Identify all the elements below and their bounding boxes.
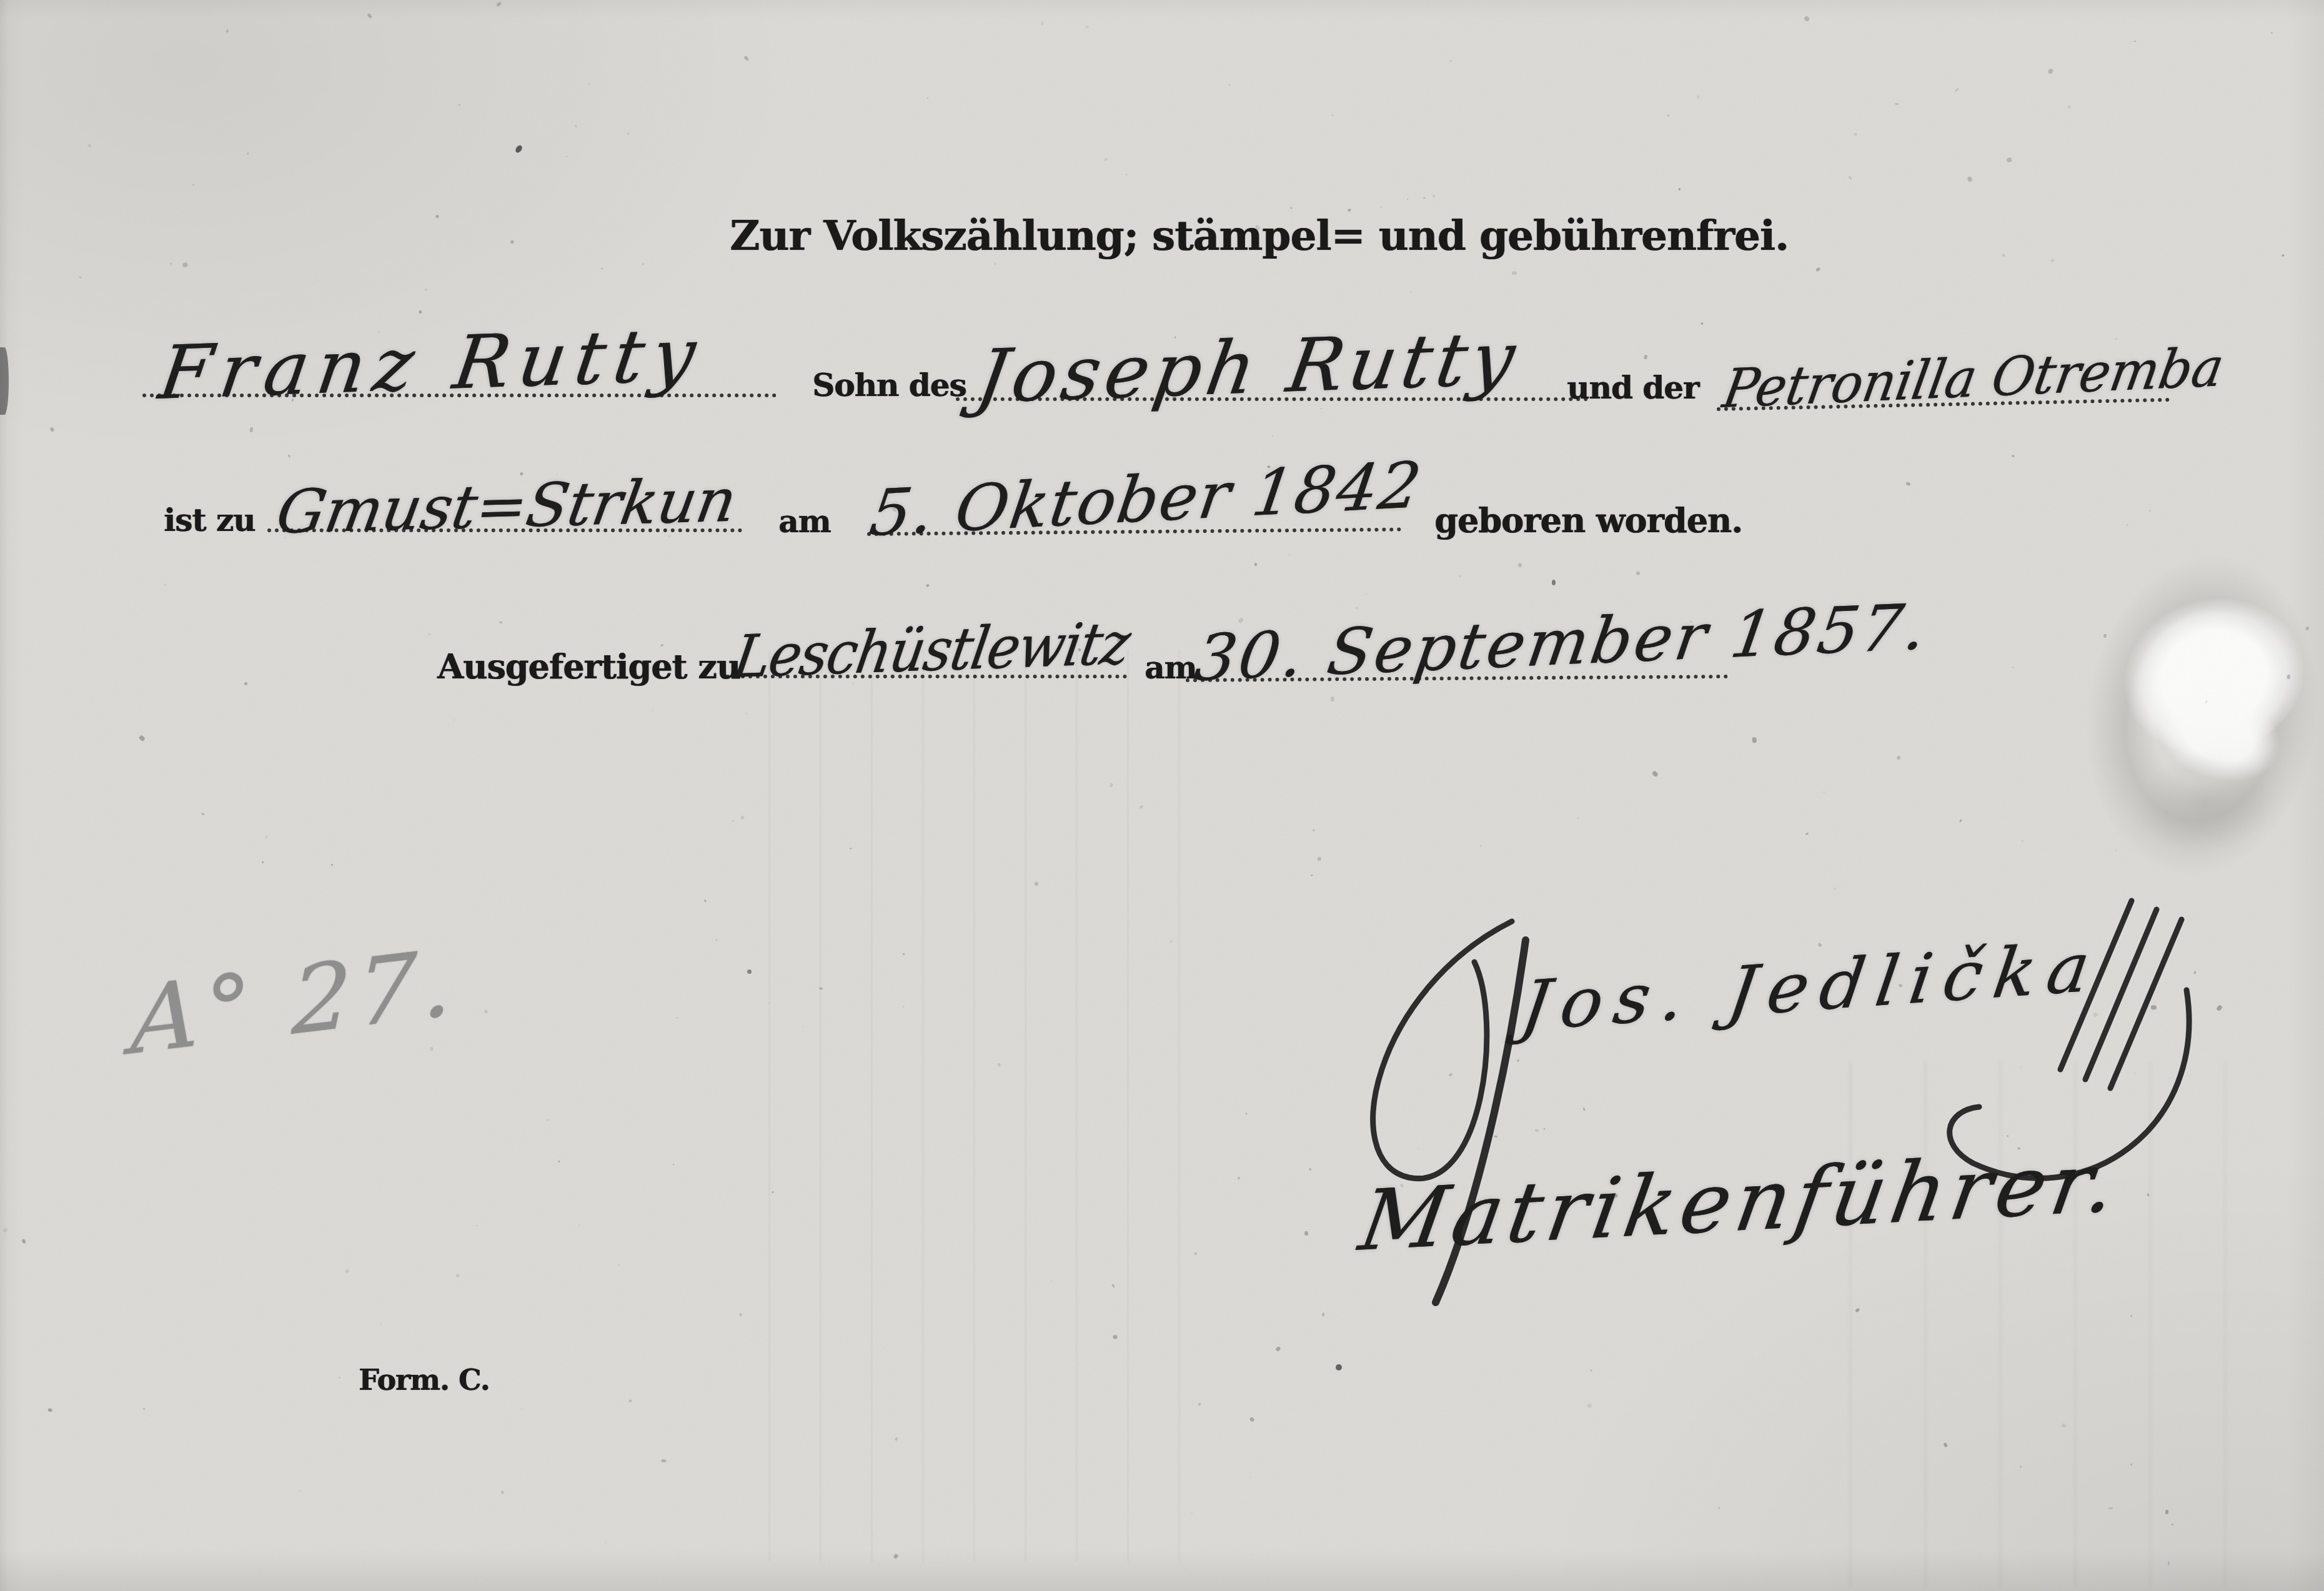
dust-speck — [628, 1399, 632, 1403]
dust-speck — [142, 1408, 145, 1410]
dust-speck — [1644, 355, 1647, 360]
dust-speck — [1494, 1135, 1497, 1137]
dust-speck — [1289, 555, 1290, 555]
dust-speck — [1667, 115, 1669, 117]
dust-speck — [489, 2, 490, 3]
dust-speck — [716, 939, 717, 941]
ink-fleck — [514, 144, 524, 154]
issue-date-entry: 30. September 1857. — [1191, 595, 1932, 691]
dust-speck — [1449, 1073, 1453, 1077]
dust-speck — [1636, 571, 1640, 575]
dust-speck — [2134, 41, 2136, 42]
dust-speck — [1356, 607, 1359, 610]
issue-place-entry: Leschüstlewitz — [730, 615, 1133, 687]
dust-speck — [1805, 832, 1809, 835]
dust-speck — [1418, 1149, 1419, 1150]
dust-speck — [424, 289, 427, 291]
child-name-entry: Franz Rutty — [155, 317, 708, 410]
dust-speck — [182, 262, 188, 267]
dust-speck — [1254, 563, 1258, 566]
dust-speck — [1512, 271, 1517, 275]
dust-speck — [1309, 1168, 1311, 1171]
dust-speck — [299, 1490, 302, 1492]
dust-speck — [499, 621, 503, 624]
dust-speck — [459, 104, 460, 106]
father-name-entry: Joseph Rutty — [972, 321, 1524, 414]
dust-speck — [1752, 737, 1757, 743]
dust-speck — [2047, 68, 2053, 74]
dust-speck — [1897, 755, 1901, 760]
dust-speck — [1332, 115, 1334, 117]
dust-speck — [1380, 206, 1382, 208]
form-number-label: Form. C. — [359, 1365, 490, 1394]
dust-speck — [164, 583, 167, 587]
dust-speck — [476, 1225, 477, 1226]
dust-speck — [676, 1017, 678, 1018]
damage-white-core — [2107, 578, 2322, 775]
dust-speck — [1517, 563, 1522, 568]
dust-speck — [454, 720, 455, 721]
dust-speck — [1577, 817, 1579, 818]
dust-speck — [1304, 1231, 1309, 1236]
dust-speck — [1823, 791, 1825, 793]
dust-speck — [380, 1324, 382, 1326]
dust-speck — [743, 56, 749, 61]
dust-speck — [2149, 510, 2151, 512]
birth-place-entry: Gmust=Strkun — [272, 470, 740, 542]
dust-speck — [201, 813, 205, 816]
paper-chain-lines — [768, 650, 1206, 1562]
dust-speck — [1544, 1128, 1546, 1130]
dust-speck — [2205, 700, 2207, 703]
dust-speck — [1804, 16, 1810, 22]
dust-speck — [1237, 1176, 1241, 1180]
dust-speck — [627, 132, 630, 135]
dust-speck — [170, 262, 172, 265]
dust-speck — [2050, 259, 2054, 263]
dust-speck — [1317, 856, 1321, 861]
dust-speck — [339, 1377, 340, 1378]
dust-speck — [1967, 176, 1972, 182]
dust-speck — [139, 735, 146, 741]
signature-name: Jos. Jedlička — [1517, 932, 2105, 1041]
dust-speck — [88, 144, 91, 147]
dust-speck — [2151, 1005, 2157, 1009]
and-the-label: und der — [1567, 372, 1699, 404]
dust-speck — [2193, 971, 2197, 974]
dust-speck — [428, 633, 432, 635]
dust-speck — [1276, 1346, 1281, 1352]
on-label-row2: am — [778, 506, 830, 537]
dust-speck — [1587, 1403, 1592, 1408]
ink-fleck — [1552, 580, 1556, 585]
dust-speck — [1246, 1113, 1248, 1115]
dust-speck — [226, 29, 229, 34]
dust-speck — [1854, 133, 1857, 136]
dust-speck — [2007, 157, 2012, 162]
dust-speck — [579, 1224, 581, 1226]
dust-speck — [927, 97, 929, 99]
dust-speck — [496, 1, 502, 7]
dust-speck — [367, 13, 372, 19]
dust-speck — [1906, 482, 1911, 485]
dust-speck — [2115, 850, 2117, 851]
dust-speck — [2115, 337, 2118, 340]
dust-speck — [662, 1459, 667, 1463]
dust-speck — [386, 455, 387, 457]
dust-speck — [455, 1274, 460, 1277]
dust-speck — [2216, 1004, 2223, 1011]
dust-speck — [648, 70, 650, 71]
dust-speck — [1311, 875, 1313, 876]
dust-speck — [574, 124, 577, 127]
dust-speck — [2012, 455, 2015, 457]
dust-speck — [926, 583, 930, 587]
dust-speck — [520, 1409, 523, 1410]
dust-speck — [2287, 675, 2290, 680]
dust-speck — [484, 1009, 489, 1014]
dust-speck — [1085, 25, 1089, 29]
dust-speck — [2127, 523, 2129, 526]
born-at-label: ist zu — [164, 505, 255, 536]
dust-speck — [1331, 696, 1334, 701]
dust-speck — [1423, 197, 1426, 199]
dust-speck — [0, 0, 1, 1]
dust-speck — [2271, 32, 2272, 34]
dust-speck — [1678, 188, 1681, 191]
dust-speck — [1432, 194, 1436, 199]
dust-speck — [1249, 1417, 1254, 1422]
dust-speck — [1834, 887, 1837, 890]
dust-speck — [652, 710, 653, 711]
scanned-certificate-page: Zur Volkszählung; stämpel= und gebührenf… — [0, 0, 2324, 1591]
dust-speck — [1479, 845, 1482, 848]
dust-speck — [192, 183, 195, 186]
dust-speck — [601, 267, 603, 270]
dust-speck — [261, 861, 264, 864]
dust-speck — [740, 815, 745, 820]
dust-speck — [419, 310, 422, 314]
dust-speck — [1516, 1059, 1520, 1063]
dust-speck — [673, 1164, 674, 1166]
dust-speck — [828, 1567, 830, 1568]
dust-speck — [1321, 408, 1323, 409]
dust-speck — [588, 84, 590, 85]
damage-lower-shadow — [2118, 735, 2292, 870]
ink-fleck — [1336, 1364, 1342, 1370]
dust-speck — [510, 420, 511, 422]
issued-at-label: Ausgefertiget zu — [437, 650, 740, 683]
pencil-archive-number: A° 27. — [130, 936, 458, 1068]
dust-speck — [1290, 207, 1292, 210]
dust-speck — [1652, 770, 1659, 777]
dust-speck — [995, 263, 996, 265]
dust-speck — [2012, 667, 2014, 668]
dust-speck — [2068, 106, 2071, 109]
dust-speck — [1249, 1477, 1251, 1479]
dust-speck — [2166, 811, 2168, 812]
dust-speck — [1449, 60, 1452, 62]
dust-speck — [50, 427, 55, 432]
dust-speck — [605, 1541, 607, 1544]
dust-speck — [1322, 1312, 1324, 1316]
damage-ring-smudge — [2050, 521, 2324, 909]
dust-speck — [1535, 1129, 1539, 1133]
dust-speck — [1459, 575, 1462, 578]
dust-speck — [22, 1239, 27, 1244]
dust-speck — [618, 1264, 620, 1266]
dust-speck — [1895, 103, 1899, 106]
document-title: Zur Volkszählung; stämpel= und gebührenf… — [730, 215, 1789, 256]
dust-speck — [2002, 253, 2006, 257]
dust-speck — [331, 864, 334, 866]
mother-name-entry: Petronilla Otremba — [1719, 341, 2227, 416]
dust-speck — [547, 1119, 549, 1121]
dust-speck — [247, 153, 249, 155]
dust-speck — [500, 1490, 505, 1494]
dust-speck — [703, 900, 707, 903]
dust-speck — [430, 1047, 434, 1051]
born-suffix-label: geboren worden. — [1434, 503, 1742, 537]
ink-fleck — [747, 969, 752, 974]
dust-speck — [1582, 1108, 1586, 1111]
dust-speck — [1407, 199, 1409, 201]
dust-speck — [2022, 840, 2024, 842]
dust-speck — [1955, 87, 1959, 92]
dust-speck — [1040, 21, 1044, 26]
dust-speck — [1366, 593, 1367, 594]
dust-speck — [2282, 254, 2285, 257]
dust-speck — [642, 263, 645, 266]
dust-speck — [1272, 435, 1273, 436]
damage-white-lobe — [2146, 675, 2292, 797]
dust-speck — [1411, 291, 1412, 293]
dust-speck — [510, 240, 514, 244]
dust-speck — [732, 820, 735, 823]
dust-speck — [244, 682, 248, 686]
dust-speck — [79, 276, 82, 279]
dust-speck — [1125, 174, 1128, 176]
dust-speck — [1228, 84, 1230, 86]
dust-speck — [1959, 819, 1962, 823]
paper-edge-mark — [0, 347, 9, 415]
dust-speck — [558, 1161, 560, 1163]
dust-speck — [1590, 1369, 1593, 1372]
dust-speck — [739, 1313, 743, 1317]
dust-speck — [1718, 1507, 1720, 1509]
birth-date-entry: 5. Oktober 1842 — [866, 454, 1426, 546]
dust-speck — [1815, 267, 1820, 272]
dust-speck — [1103, 157, 1108, 162]
dust-speck — [746, 713, 747, 714]
dust-speck — [287, 455, 290, 458]
son-of-label: Sohn des — [812, 370, 966, 401]
dust-speck — [2103, 634, 2107, 638]
dust-speck — [2, 1227, 7, 1233]
dust-speck — [1696, 95, 1700, 99]
dust-speck — [2305, 626, 2310, 630]
dust-speck — [1848, 176, 1852, 180]
dust-speck — [566, 156, 567, 157]
dust-speck — [435, 214, 439, 218]
dust-speck — [266, 835, 268, 839]
dust-speck — [1276, 1348, 1278, 1350]
dust-speck — [1701, 322, 1704, 325]
dust-speck — [345, 1269, 350, 1274]
dust-speck — [1313, 830, 1315, 831]
dust-speck — [48, 1408, 52, 1412]
dust-speck — [250, 427, 254, 432]
dust-speck — [2093, 1012, 2098, 1017]
